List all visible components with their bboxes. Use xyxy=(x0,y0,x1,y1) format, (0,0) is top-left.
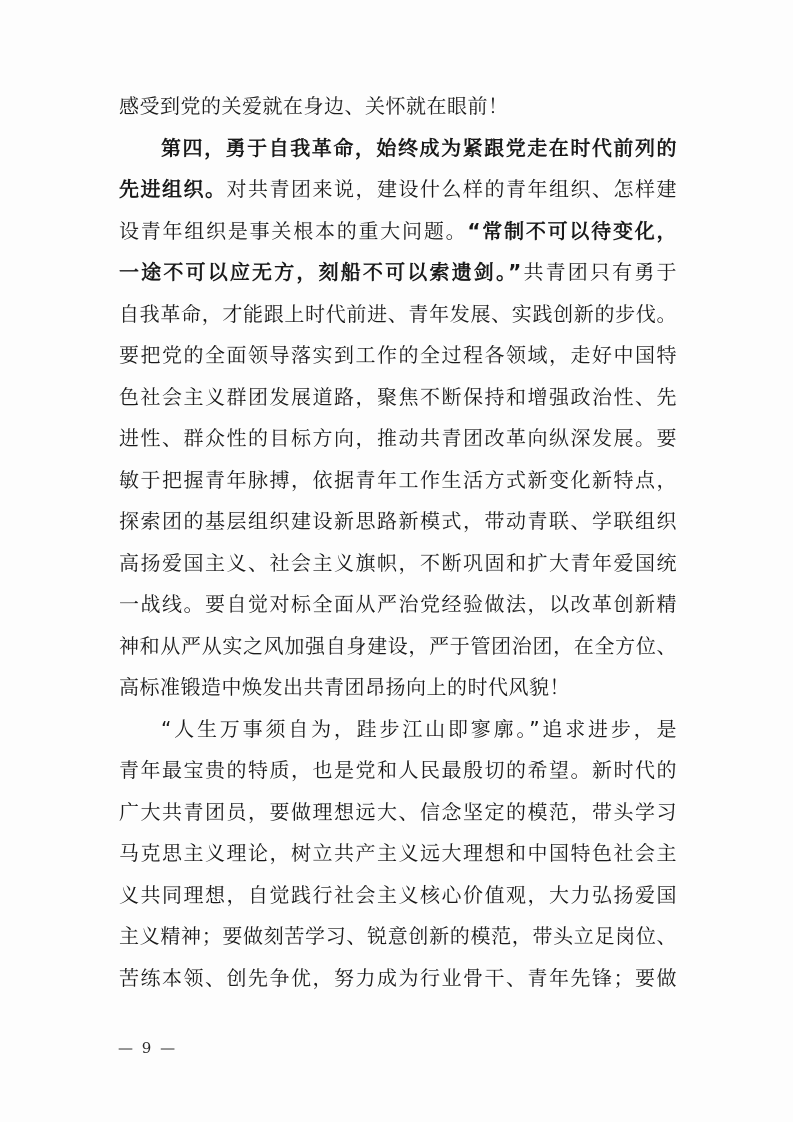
text-line: 第四，勇于自我革命，始终成为紧跟党走在时代前列的 xyxy=(119,128,677,170)
text-line: 马克思主义理论，树立共产主义远大理想和中国特色社会主 xyxy=(119,833,677,875)
text-segment: 自我革命，才能跟上时代前进、青年发展、实践创新的步伐。 xyxy=(119,302,677,326)
text-segment: 进性、群众性的目标方向，推动共青团改革向纵深发展。要 xyxy=(119,426,677,450)
text-line: 义共同理想，自觉践行社会主义核心价值观，大力弘扬爱国 xyxy=(119,875,677,917)
text-segment: 青年最宝贵的特质，也是党和人民最殷切的希望。新时代的 xyxy=(119,758,677,782)
text-segment: 一战线。要自觉对标全面从严治党经验做法，以改革创新精 xyxy=(119,592,677,616)
text-segment: 对共青团来说，建设什么样的青年组织、怎样建 xyxy=(227,177,678,201)
page-number: — 9 — xyxy=(118,1038,177,1058)
bold-text-segment: 第四，勇于自我革命，始终成为紧跟党走在时代前列的 xyxy=(161,136,677,160)
text-segment: 苦练本领、创先争优，努力成为行业骨干、青年先锋；要做 xyxy=(119,966,677,990)
text-line: 青年最宝贵的特质，也是党和人民最殷切的希望。新时代的 xyxy=(119,750,677,792)
text-segment: 感受到党的关爱就在身边、关怀就在眼前！ xyxy=(119,94,509,118)
text-line: 色社会主义群团发展道路，聚焦不断保持和增强政治性、先 xyxy=(119,377,677,419)
text-segment: 主义精神；要做刻苦学习、锐意创新的模范，带头立足岗位、 xyxy=(119,924,677,948)
text-line: 广大共青团员，要做理想远大、信念坚定的模范，带头学习 xyxy=(119,792,677,834)
text-segment: 敏于把握青年脉搏，依据青年工作生活方式新变化新特点， xyxy=(119,468,677,492)
text-segment: 探索团的基层组织建设新思路新模式，带动青联、学联组织 xyxy=(119,509,677,533)
text-segment: 设青年组织是事关根本的重大问题。 xyxy=(119,219,467,243)
body-text: 感受到党的关爱就在身边、关怀就在眼前！ 第四，勇于自我革命，始终成为紧跟党走在时… xyxy=(119,86,677,999)
text-line: 一战线。要自觉对标全面从严治党经验做法，以改革创新精 xyxy=(119,584,677,626)
text-segment: 广大共青团员，要做理想远大、信念坚定的模范，带头学习 xyxy=(119,800,677,824)
text-line: “人生万事须自为，跬步江山即寥廓。”追求进步，是 xyxy=(119,709,677,751)
text-segment: 高标准锻造中焕发出共青团昂扬向上的时代风貌！ xyxy=(119,675,570,699)
text-segment: 神和从严从实之风加强自身建设，严于管团治团，在全方位、 xyxy=(119,634,677,658)
text-segment: 要把党的全面领导落实到工作的全过程各领域，走好中国特 xyxy=(119,343,677,367)
text-line: 高标准锻造中焕发出共青团昂扬向上的时代风貌！ xyxy=(119,667,677,709)
text-line: 一途不可以应无方，刻船不可以索遗剑。”共青团只有勇于 xyxy=(119,252,677,294)
text-line: 探索团的基层组织建设新思路新模式，带动青联、学联组织 xyxy=(119,501,677,543)
text-line: 高扬爱国主义、社会主义旗帜，不断巩固和扩大青年爱国统 xyxy=(119,543,677,585)
bold-quote-segment: “常制不可以待变化， xyxy=(467,219,677,243)
document-page: 感受到党的关爱就在身边、关怀就在眼前！ 第四，勇于自我革命，始终成为紧跟党走在时… xyxy=(0,0,793,1122)
quote-text-segment: “人生万事须自为，跬步江山即寥廓。”追求进步，是 xyxy=(161,717,677,741)
text-line: 神和从严从实之风加强自身建设，严于管团治团，在全方位、 xyxy=(119,626,677,668)
text-line: 要把党的全面领导落实到工作的全过程各领域，走好中国特 xyxy=(119,335,677,377)
text-line: 自我革命，才能跟上时代前进、青年发展、实践创新的步伐。 xyxy=(119,294,677,336)
text-line: 主义精神；要做刻苦学习、锐意创新的模范，带头立足岗位、 xyxy=(119,916,677,958)
text-line: 苦练本领、创先争优，努力成为行业骨干、青年先锋；要做 xyxy=(119,958,677,1000)
text-line: 敏于把握青年脉搏，依据青年工作生活方式新变化新特点， xyxy=(119,460,677,502)
text-line: 设青年组织是事关根本的重大问题。“常制不可以待变化， xyxy=(119,211,677,253)
text-segment: 色社会主义群团发展道路，聚焦不断保持和增强政治性、先 xyxy=(119,385,677,409)
text-line: 感受到党的关爱就在身边、关怀就在眼前！ xyxy=(119,86,677,128)
text-segment: 马克思主义理论，树立共产主义远大理想和中国特色社会主 xyxy=(119,841,677,865)
text-line: 进性、群众性的目标方向，推动共青团改革向纵深发展。要 xyxy=(119,418,677,460)
text-line: 先进组织。对共青团来说，建设什么样的青年组织、怎样建 xyxy=(119,169,677,211)
bold-quote-segment: 一途不可以应无方，刻船不可以索遗剑。” xyxy=(119,260,522,284)
bold-text-segment: 先进组织。 xyxy=(119,177,227,201)
text-segment: 义共同理想，自觉践行社会主义核心价值观，大力弘扬爱国 xyxy=(119,883,677,907)
text-segment: 共青团只有勇于 xyxy=(522,260,677,284)
text-segment: 高扬爱国主义、社会主义旗帜，不断巩固和扩大青年爱国统 xyxy=(119,551,677,575)
